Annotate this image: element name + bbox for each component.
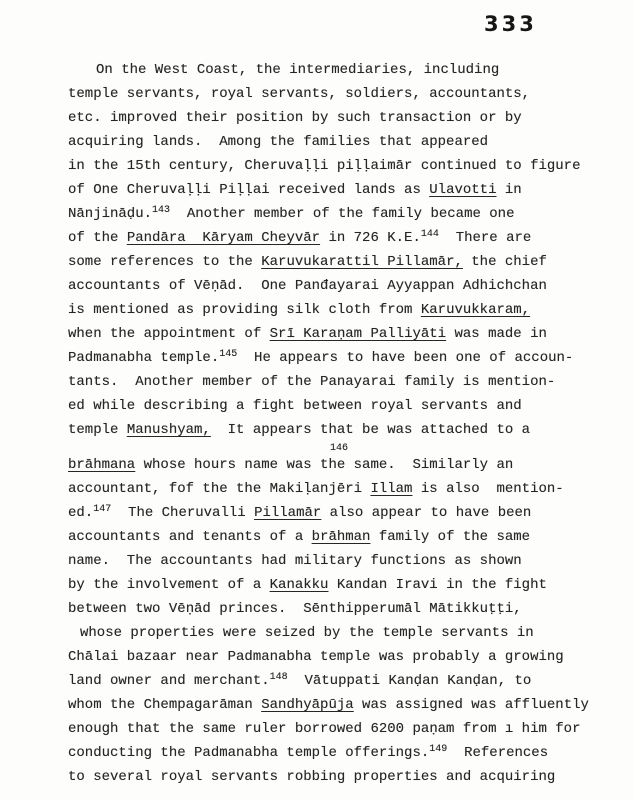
text-segment: ed. xyxy=(68,505,93,521)
text-segment: name. The accountants had military funct… xyxy=(68,553,522,569)
text-line: some references to the Karuvukarattil Pi… xyxy=(68,250,613,274)
page-number: 333 xyxy=(484,12,537,36)
text-line: conducting the Padmanabha temple offerin… xyxy=(68,741,613,765)
text-line: brāhmana whose hours name was the same. … xyxy=(68,453,613,477)
text-segment: Padmanabha temple. xyxy=(68,350,219,366)
text-line: etc. improved their position by such tra… xyxy=(68,106,613,130)
text-segment: when the appointment of xyxy=(68,326,270,342)
text-segment: acquiring lands. Among the families that… xyxy=(68,134,488,150)
text-segment: Nānjināḍu. xyxy=(68,206,152,222)
text-line: temple servants, royal servants, soldier… xyxy=(68,82,613,106)
text-line: of One Cheruvaḷḷi Piḷḷai received lands … xyxy=(68,178,613,202)
text-segment: enough that the same ruler borrowed 6200… xyxy=(68,721,580,737)
text-segment: accountant, fof the the Makiḷanjēri xyxy=(68,481,370,497)
text-segment: to several royal servants robbing proper… xyxy=(68,769,555,785)
text-segment: The Cheruvalli xyxy=(111,505,254,521)
text-line: whom the Chempagarāman Sandhyāpūja was a… xyxy=(68,693,613,717)
text-line: whose properties were seized by the temp… xyxy=(68,621,613,645)
text-line: of the Pandāra Kāryam Cheyvār in 726 K.E… xyxy=(68,226,613,250)
text-line: tants. Another member of the Panayarai f… xyxy=(68,370,613,394)
page-body: On the West Coast, the intermediaries, i… xyxy=(68,58,613,789)
text-segment: of One Cheruvaḷḷi Piḷḷai received lands … xyxy=(68,182,429,198)
footnote-ref: 145 xyxy=(219,349,237,360)
footnote-ref: 143 xyxy=(152,205,170,216)
underlined-term: Pillamār xyxy=(254,505,321,521)
text-segment: also appear to have been xyxy=(321,505,531,521)
underlined-term: brāhman xyxy=(312,529,371,545)
text-segment: It appears that be was attached to a xyxy=(211,422,530,438)
floating-footnote-line: 146 xyxy=(68,442,613,453)
text-segment: References xyxy=(447,745,548,761)
underlined-term: Kanakku xyxy=(270,577,329,593)
text-line: to several royal servants robbing proper… xyxy=(68,765,613,789)
underlined-term: Pandāra Kāryam Cheyvār xyxy=(127,230,320,246)
text-segment: whom the Chempagarāman xyxy=(68,697,261,713)
footnote-ref: 147 xyxy=(93,504,111,515)
text-line: by the involvement of a Kanakku Kandan I… xyxy=(68,573,613,597)
text-segment: whose hours name was the same. Similarly… xyxy=(135,457,513,473)
text-segment: He appears to have been one of accoun- xyxy=(237,350,573,366)
text-segment: ed while describing a fight between roya… xyxy=(68,398,522,414)
underlined-term: Srī Karaṇam Palliyāti xyxy=(270,326,446,342)
text-line: Nānjināḍu.143 Another member of the fami… xyxy=(68,202,613,226)
text-line: in the 15th century, Cheruvaḷḷi piḷḷaimā… xyxy=(68,154,613,178)
text-segment: tants. Another member of the Panayarai f… xyxy=(68,374,555,390)
text-segment: was assigned was affluently xyxy=(354,697,589,713)
text-segment: in xyxy=(496,182,521,198)
text-segment: temple xyxy=(68,422,127,438)
text-segment: is mentioned as providing silk cloth fro… xyxy=(68,302,421,318)
text-segment: Vātuppati Kanḍan Kanḍan, to xyxy=(288,673,532,689)
text-segment: temple servants, royal servants, soldier… xyxy=(68,86,530,102)
text-line: Padmanabha temple.145 He appears to have… xyxy=(68,346,613,370)
text-segment: some references to the xyxy=(68,254,261,270)
text-line: accountants and tenants of a brāhman fam… xyxy=(68,525,613,549)
text-segment: Chālai bazaar near Padmanabha temple was… xyxy=(68,649,564,665)
text-line: temple Manushyam, It appears that be was… xyxy=(68,418,613,442)
footnote-ref: 148 xyxy=(270,672,288,683)
text-segment: land owner and merchant. xyxy=(68,673,270,689)
underlined-term: brāhmana xyxy=(68,457,135,473)
text-segment: Kandan Iravi in the fight xyxy=(328,577,546,593)
text-segment: whose properties were seized by the temp… xyxy=(80,625,534,641)
underlined-term: Karuvukarattil Pillamār, xyxy=(261,254,463,270)
text-segment: in 726 K.E. xyxy=(320,230,421,246)
text-line: land owner and merchant.148 Vātuppati Ka… xyxy=(68,669,613,693)
text-segment: accountants of Vēṇād. One Panđayarai Ayy… xyxy=(68,278,547,294)
underlined-term: Manushyam, xyxy=(127,422,211,438)
text-line: acquiring lands. Among the families that… xyxy=(68,130,613,154)
text-segment: Another member of the family became one xyxy=(170,206,514,222)
text-segment: There are xyxy=(439,230,531,246)
underlined-term: Sandhyāpūja xyxy=(261,697,353,713)
text-segment: family of the same xyxy=(370,529,530,545)
underlined-term: Ulavotti xyxy=(429,182,496,198)
underlined-term: Illam xyxy=(370,481,412,497)
text-segment: accountants and tenants of a xyxy=(68,529,312,545)
text-line: ed while describing a fight between roya… xyxy=(68,394,613,418)
text-segment: the chief xyxy=(463,254,547,270)
footnote-ref: 149 xyxy=(429,744,447,755)
text-line: accountant, fof the the Makiḷanjēri Illa… xyxy=(68,477,613,501)
text-line: enough that the same ruler borrowed 6200… xyxy=(68,717,613,741)
text-segment: by the involvement of a xyxy=(68,577,270,593)
underlined-term: Karuvukkaram, xyxy=(421,302,530,318)
text-segment: in the 15th century, Cheruvaḷḷi piḷḷaimā… xyxy=(68,158,580,174)
text-line: name. The accountants had military funct… xyxy=(68,549,613,573)
text-segment: etc. improved their position by such tra… xyxy=(68,110,522,126)
text-line: Chālai bazaar near Padmanabha temple was… xyxy=(68,645,613,669)
text-line: between two Vēṇād princes. Sēnthipperumā… xyxy=(68,597,613,621)
text-segment: of the xyxy=(68,230,127,246)
text-line: ed.147 The Cheruvalli Pillamār also appe… xyxy=(68,501,613,525)
text-line: is mentioned as providing silk cloth fro… xyxy=(68,298,613,322)
scanned-document-page: 333 On the West Coast, the intermediarie… xyxy=(0,0,633,800)
text-segment: between two Vēṇād princes. Sēnthipperumā… xyxy=(68,601,522,617)
text-line: accountants of Vēṇād. One Panđayarai Ayy… xyxy=(68,274,613,298)
text-line: On the West Coast, the intermediaries, i… xyxy=(68,58,613,82)
footnote-ref: 144 xyxy=(421,229,439,240)
text-line: when the appointment of Srī Karaṇam Pall… xyxy=(68,322,613,346)
text-segment: On the West Coast, the intermediaries, i… xyxy=(96,62,499,78)
text-segment: is also mention- xyxy=(412,481,563,497)
text-segment: conducting the Padmanabha temple offerin… xyxy=(68,745,429,761)
text-segment: was made in xyxy=(446,326,547,342)
